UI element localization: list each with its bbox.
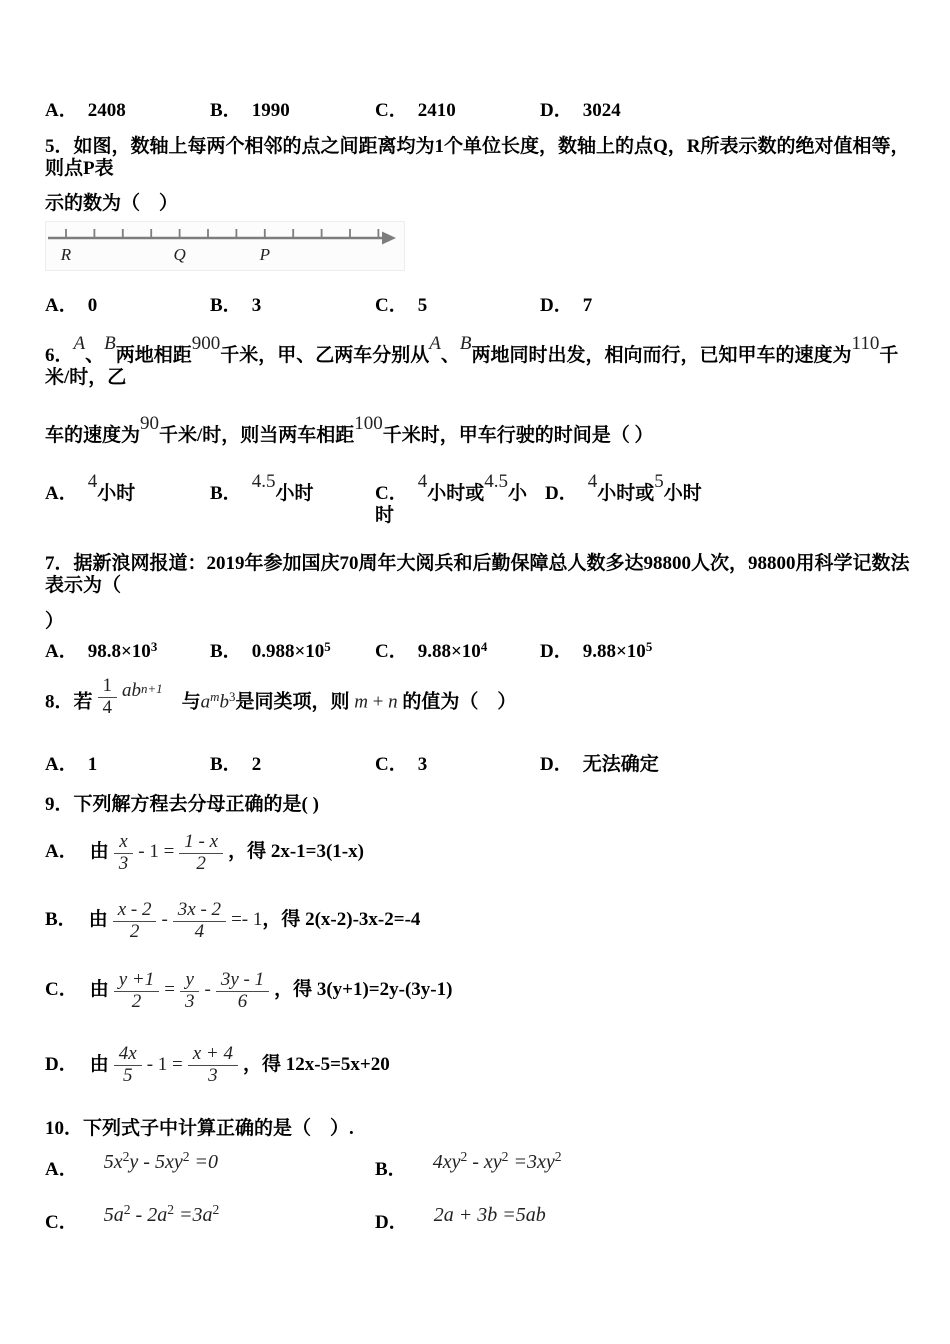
q4-option-b: B．1990 [210,100,375,122]
option-label: B． [210,754,242,775]
q4-option-a: A．2408 [45,100,210,122]
option-label: A． [45,1159,78,1180]
option-label: C． [45,1212,78,1233]
option-label: A． [45,100,78,121]
q9-option-b: B．由x - 22-3x - 24=- 1，得 2(x-2)-3x-2=-4 [45,900,914,942]
option-text: 2408 [88,100,126,121]
svg-text:P: P [259,245,270,264]
option-label: A． [45,754,78,775]
q4-option-c: C．2410 [375,100,540,122]
question-10-stem: 10．下列式子中计算正确的是（ ）. [45,1118,914,1140]
option-label: D． [545,483,578,504]
option-label: B． [375,1159,407,1180]
option-text: 9.88×104 [418,641,488,662]
q7-option-b: B．0.988×105 [210,641,375,664]
question-10-options-row2: C．5a2 - 2a2 =3a2 D．2a + 3b =5ab [45,1207,914,1234]
option-label: B． [210,483,242,504]
q4-option-d: D．3024 [540,100,914,122]
option-equation: 由x - 22-3x - 24=- 1，得 2(x-2)-3x-2=-4 [89,909,421,930]
option-text: 3 [418,754,428,775]
option-text: 3 [252,295,262,316]
option-label: D． [375,1212,408,1233]
option-label: C． [375,754,408,775]
q6-option-b: B．4.5小时 [210,483,375,505]
question-10-options-row1: A．5x2y - 5xy2 =0 B．4xy2 - xy2 =3xy2 [45,1154,914,1181]
option-text: 4.5小时 [252,471,314,504]
q10-option-b: B．4xy2 - xy2 =3xy2 [375,1154,914,1181]
question-4-options: A．2408 B．1990 C．2410 D．3024 [45,100,914,122]
option-text: 98.8×103 [88,641,158,662]
q9-option-d: D．由4x5- 1 =x + 43，得 12x-5=5x+20 [45,1044,914,1086]
q9-option-c: C．由y +12=y3-3y - 16，得 3(y+1)=2y-(3y-1) [45,970,914,1012]
option-text: 0 [88,295,98,316]
svg-text:Q: Q [173,245,185,264]
option-label: B． [210,100,242,121]
option-expression: 5a2 - 2a2 =3a2 [104,1204,220,1226]
option-label: C． [375,295,408,316]
question-5-stem-line2: 示的数为（ ） [45,193,914,215]
option-text: 7 [583,295,593,316]
q9-option-a: A．由x3- 1 =1 - x2，得 2x-1=3(1-x) [45,832,914,874]
option-label: C． [375,641,408,662]
option-label: D． [540,295,573,316]
q8-option-d: D．无法确定 [540,754,914,776]
option-text: 2410 [418,100,456,121]
question-5-options: A．0 B．3 C．5 D．7 [45,295,914,317]
option-equation: 由4x5- 1 =x + 43，得 12x-5=5x+20 [90,1054,390,1075]
number-line-svg: RQP [46,222,402,268]
svg-text:R: R [60,245,72,264]
q7-option-d: D．9.88×105 [540,641,914,664]
q5-option-b: B．3 [210,295,375,317]
option-label: A． [45,483,78,504]
option-expression: 2a + 3b =5ab [434,1204,546,1226]
question-6-options: A．4小时 B．4.5小时 C．4小时或4.5小时 D．4小时或5小时 [45,483,914,527]
option-text: 3024 [583,100,621,121]
option-label: D． [540,754,573,775]
option-text: 4小时 [88,471,136,504]
question-9-stem: 9．下列解方程去分母正确的是( ) [45,794,914,816]
question-5-stem-line1: 5．如图，数轴上每两个相邻的点之间距离均为1个单位长度，数轴上的点Q，R所表示数… [45,136,914,180]
option-text: 1 [88,754,98,775]
option-label: A． [45,841,78,862]
q7-option-a: A．98.8×103 [45,641,210,664]
exam-page: A．2408 B．1990 C．2410 D．3024 5．如图，数轴上每两个相… [0,0,950,1234]
option-label: C． [375,100,408,121]
question-7-options: A．98.8×103 B．0.988×105 C．9.88×104 D．9.88… [45,641,914,664]
option-label: C． [45,979,78,1000]
option-text: 5 [418,295,428,316]
option-text: 4小时或5小时 [588,471,702,504]
option-text: 无法确定 [583,754,659,775]
option-label: B． [45,909,77,930]
q8-option-b: B．2 [210,754,375,776]
q8-option-c: C．3 [375,754,540,776]
q6-option-a: A．4小时 [45,483,210,505]
option-label: B． [210,641,242,662]
option-text: 0.988×105 [252,641,331,662]
question-6-stem-line2: 车的速度为90千米/时，则当两车相距100千米时，甲车行驶的时间是（ ） [45,425,914,447]
q10-option-c: C．5a2 - 2a2 =3a2 [45,1207,375,1234]
q6-option-c: C．4小时或4.5小时 [375,483,545,527]
option-text: 1990 [252,100,290,121]
q5-option-d: D．7 [540,295,914,317]
option-label: A． [45,641,78,662]
option-expression: 4xy2 - xy2 =3xy2 [433,1151,562,1173]
question-8-stem: 8．若14abn+1 与amb3是同类项，则 m + n 的值为（ ） [45,682,914,724]
option-label: D． [540,641,573,662]
q6-option-d: D．4小时或5小时 [545,483,914,505]
q5-option-c: C．5 [375,295,540,317]
q10-option-a: A．5x2y - 5xy2 =0 [45,1154,375,1181]
number-line-figure: RQP [45,221,405,271]
question-8-options: A．1 B．2 C．3 D．无法确定 [45,754,914,776]
question-7-stem-line2: ） [45,611,914,633]
q10-option-d: D．2a + 3b =5ab [375,1207,914,1234]
option-label: B． [210,295,242,316]
q5-option-a: A．0 [45,295,210,317]
option-text: 9.88×105 [583,641,653,662]
option-label: C． [375,483,408,504]
option-equation: 由x3- 1 =1 - x2，得 2x-1=3(1-x) [90,841,364,862]
option-label: A． [45,295,78,316]
option-expression: 5x2y - 5xy2 =0 [104,1151,218,1173]
q8-option-a: A．1 [45,754,210,776]
option-label: D． [45,1054,78,1075]
option-equation: 由y +12=y3-3y - 16，得 3(y+1)=2y-(3y-1) [90,979,453,1000]
question-6-stem-line1: 6．A、B两地相距900千米，甲、乙两车分别从A、B两地同时出发，相向而行，已知… [45,345,914,389]
option-text: 2 [252,754,262,775]
option-label: D． [540,100,573,121]
q7-option-c: C．9.88×104 [375,641,540,664]
question-7-stem-line1: 7．据新浪网报道：2019年参加国庆70周年大阅兵和后勤保障总人数多达98800… [45,553,914,597]
